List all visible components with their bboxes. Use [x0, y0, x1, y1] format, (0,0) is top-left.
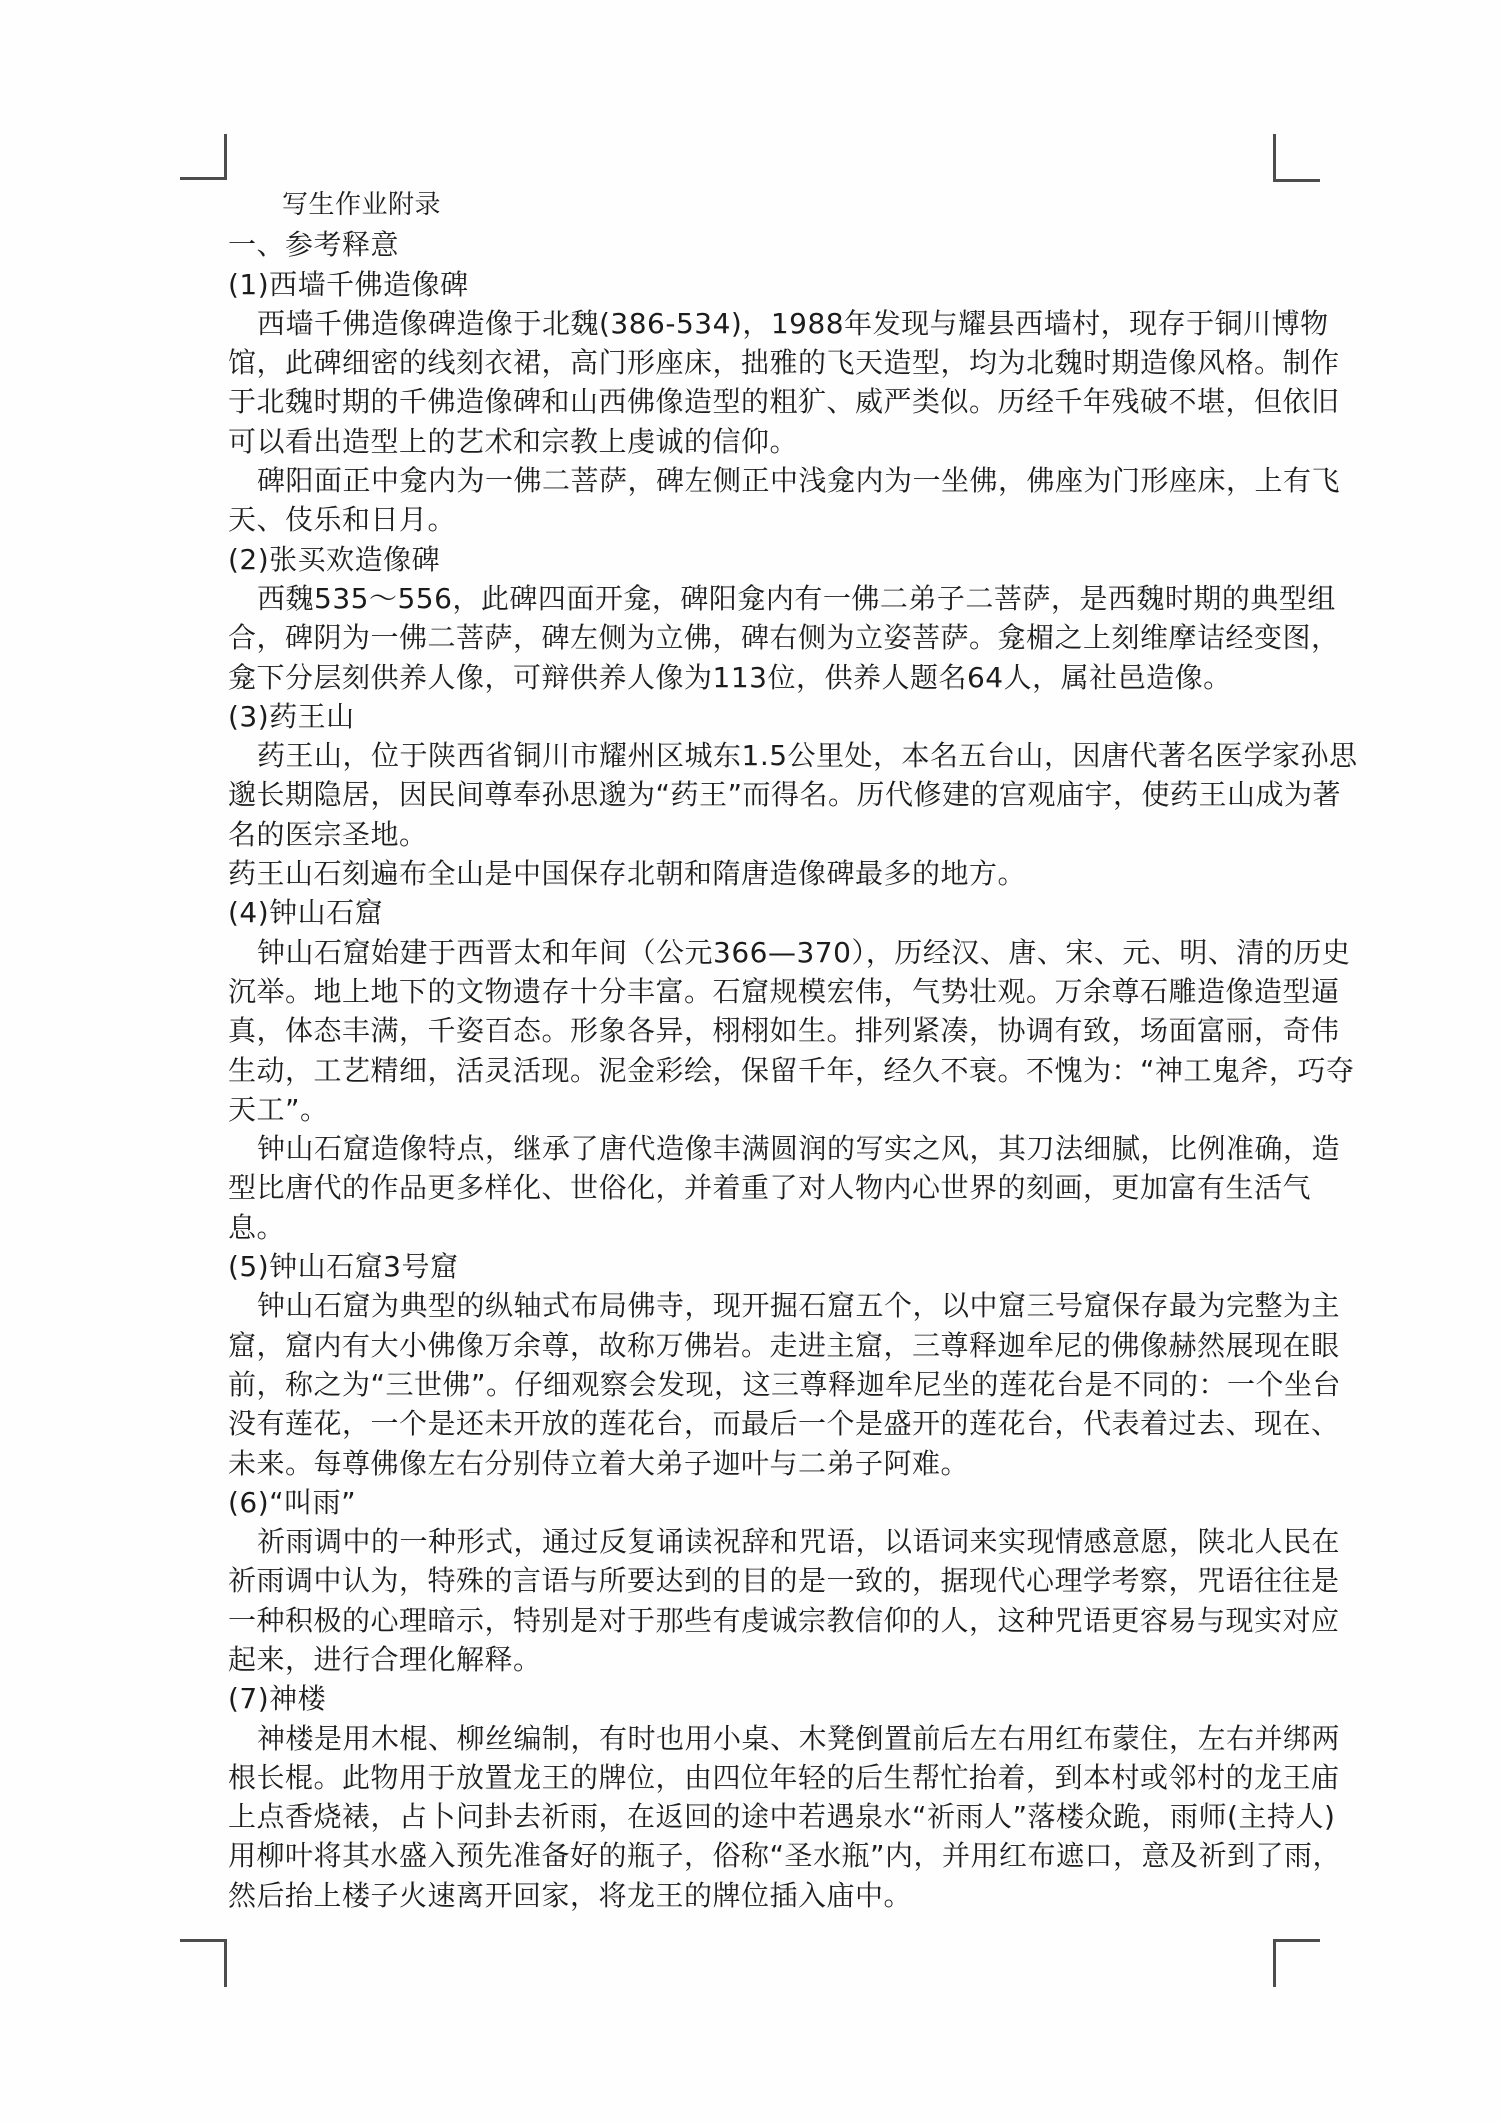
document-lines: 写生作业附录一、参考释意(1)西墙千佛造像碑西墙千佛造像碑造像于北魏(386-5…	[228, 186, 1275, 1915]
text-line: 祈雨调中的一种形式，通过反复诵读祝辞和咒语，以语词来实现情感意愿，陕北人民在	[228, 1522, 1275, 1561]
text-line: 前，称之为“三世佛”。仔细观察会发现，这三尊释迦牟尼坐的莲花台是不同的：一个坐台	[228, 1365, 1275, 1404]
text-line: 钟山石窟为典型的纵轴式布局佛寺，现开掘石窟五个，以中窟三号窟保存最为完整为主	[228, 1286, 1275, 1325]
section-heading: (5)钟山石窟3号窟	[228, 1247, 1275, 1286]
text-line: 钟山石窟造像特点，继承了唐代造像丰满圆润的写实之风，其刀法细腻，比例准确，造	[228, 1129, 1275, 1168]
section-heading: (2)张买欢造像碑	[228, 540, 1275, 579]
text-line: 可以看出造型上的艺术和宗教上虔诚的信仰。	[228, 422, 1275, 461]
text-line: 钟山石窟始建于西晋太和年间（公元366—370），历经汉、唐、宋、元、明、清的历…	[228, 933, 1275, 972]
text-line: 碑阳面正中龛内为一佛二菩萨，碑左侧正中浅龛内为一坐佛，佛座为门形座床，上有飞	[228, 461, 1275, 500]
text-line: 西墙千佛造像碑造像于北魏(386-534)，1988年发现与耀县西墙村，现存于铜…	[228, 304, 1275, 343]
text-line: 名的医宗圣地。	[228, 815, 1275, 854]
text-line: 西魏535～556，此碑四面开龛，碑阳龛内有一佛二弟子二菩萨，是西魏时期的典型组	[228, 579, 1275, 618]
text-line: 窟，窟内有大小佛像万余尊，故称万佛岩。走进主窟，三尊释迦牟尼的佛像赫然展现在眼	[228, 1326, 1275, 1365]
text-line: 祈雨调中认为，特殊的言语与所要达到的目的是一致的，据现代心理学考察，咒语往往是	[228, 1561, 1275, 1600]
section-heading: (3)药王山	[228, 697, 1275, 736]
text-line: 没有莲花，一个是还未开放的莲花台，而最后一个是盛开的莲花台，代表着过去、现在、	[228, 1404, 1275, 1443]
document-title: 写生作业附录	[228, 186, 1275, 225]
text-line: 药王山，位于陕西省铜川市耀州区城东1.5公里处，本名五台山，因唐代著名医学家孙思	[228, 736, 1275, 775]
text-line: 型比唐代的作品更多样化、世俗化，并着重了对人物内心世界的刻画，更加富有生活气	[228, 1168, 1275, 1207]
text-line: 神楼是用木棍、柳丝编制，有时也用小桌、木凳倒置前后左右用红布蒙住，左右并绑两	[228, 1719, 1275, 1758]
text-line: 用柳叶将其水盛入预先准备好的瓶子，俗称“圣水瓶”内，并用红布遮口，意及祈到了雨，	[228, 1836, 1275, 1875]
text-line: 上点香烧裱，占卜问卦去祈雨，在返回的途中若遇泉水“祈雨人”落楼众跪，雨师(主持人…	[228, 1797, 1275, 1836]
crop-mark-top-right	[1273, 134, 1320, 182]
text-line: 馆，此碑细密的线刻衣裙，高门形座床，拙雅的飞天造型，均为北魏时期造像风格。制作	[228, 343, 1275, 382]
text-line: 天、伎乐和日月。	[228, 500, 1275, 539]
text-line: 然后抬上楼子火速离开回家，将龙王的牌位插入庙中。	[228, 1876, 1275, 1915]
text-line: 生动，工艺精细，活灵活现。泥金彩绘，保留千年，经久不衰。不愧为：“神工鬼斧，巧夺	[228, 1051, 1275, 1090]
crop-mark-bottom-left	[180, 1939, 227, 1987]
crop-mark-top-left	[180, 134, 227, 180]
section-heading: (1)西墙千佛造像碑	[228, 265, 1275, 304]
section-heading: (6)“叫雨”	[228, 1483, 1275, 1522]
section-heading: (7)神楼	[228, 1679, 1275, 1718]
crop-mark-bottom-right	[1273, 1939, 1320, 1987]
text-line: 龛下分层刻供养人像，可辩供养人像为113位，供养人题名64人，属社邑造像。	[228, 658, 1275, 697]
text-line: 沉举。地上地下的文物遗存十分丰富。石窟规模宏伟，气势壮观。万余尊石雕造像造型逼	[228, 972, 1275, 1011]
text-line: 邈长期隐居，因民间尊奉孙思邈为“药王”而得名。历代修建的宫观庙宇，使药王山成为著	[228, 775, 1275, 814]
text-line: 起来，进行合理化解释。	[228, 1640, 1275, 1679]
text-line: 合，碑阴为一佛二菩萨，碑左侧为立佛，碑右侧为立姿菩萨。龛楣之上刻维摩诘经变图，	[228, 618, 1275, 657]
text-line: 一种积极的心理暗示，特别是对于那些有虔诚宗教信仰的人，这种咒语更容易与现实对应	[228, 1601, 1275, 1640]
text-line: 息。	[228, 1208, 1275, 1247]
text-line: 未来。每尊佛像左右分别侍立着大弟子迦叶与二弟子阿难。	[228, 1444, 1275, 1483]
text-line: 于北魏时期的千佛造像碑和山西佛像造型的粗犷、威严类似。历经千年残破不堪，但依旧	[228, 382, 1275, 421]
text-line: 天工”。	[228, 1090, 1275, 1129]
section-heading: (4)钟山石窟	[228, 893, 1275, 932]
section-heading: 一、参考释意	[228, 225, 1275, 264]
text-line: 药王山石刻遍布全山是中国保存北朝和隋唐造像碑最多的地方。	[228, 854, 1275, 893]
document-page: 写生作业附录一、参考释意(1)西墙千佛造像碑西墙千佛造像碑造像于北魏(386-5…	[0, 0, 1500, 2122]
text-line: 真，体态丰满，千姿百态。形象各异，栩栩如生。排列紧凑，协调有致，场面富丽，奇伟	[228, 1011, 1275, 1050]
text-line: 根长棍。此物用于放置龙王的牌位，由四位年轻的后生帮忙抬着，到本村或邻村的龙王庙	[228, 1758, 1275, 1797]
